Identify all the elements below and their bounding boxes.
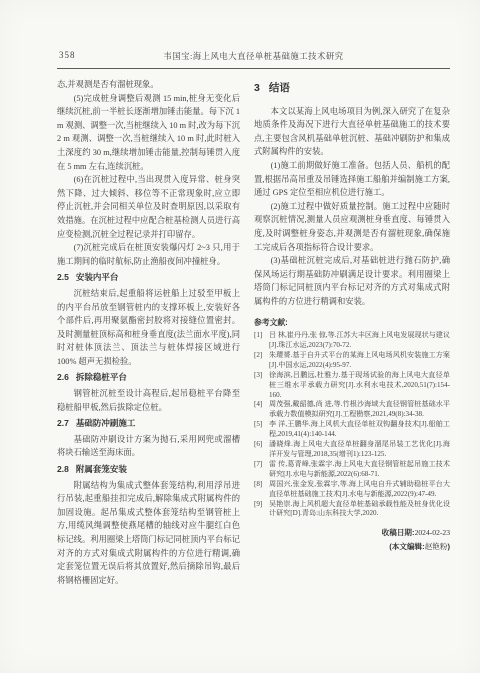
reference-number: [2] (254, 351, 269, 371)
editor-suffix: ) (447, 542, 450, 551)
reference-text: 周茂强,戴韶德,尚 进,等.竹根沙海域大直径钢管桩基础水平承载力数值模拟研究[J… (269, 400, 450, 420)
received-date-label: 收稿日期: (382, 528, 415, 537)
article-footer: 收稿日期:2024-02-23 (本文编辑:赵艳粉) (254, 526, 450, 553)
section-number: 3 (254, 82, 260, 94)
running-header: 358 韦国宝:海上风电大直径单桩基础施工技术研究 (57, 50, 450, 69)
reference-item: [8] 周国兴,张金发,张霖宇,等.海上风电自升式辅助稳桩平台大直径单桩基础施工… (254, 480, 450, 500)
reference-number: [8] (254, 480, 269, 500)
paragraph: (3)基础桩沉桩完成后,对基础桩进行抛石防护,确保风场运行期基础防冲刷满足设计要… (254, 254, 450, 308)
block-text: 安装内平台 (76, 272, 119, 282)
block-text: (2)施工过程中做好质量控制。施工过程中应随时观察沉桩情况,测量人员应观测桩身垂… (254, 202, 450, 252)
section-heading: 2.7基础防冲刷施工 (57, 417, 240, 431)
block-text: (7)沉桩完成后在桩顶安装爆闪灯 2~3 只,用于施工期间的临时航标,防止渔船夜… (57, 243, 240, 266)
editor-label: (本文编辑: (389, 542, 424, 551)
reference-item: [6] 潘晓烽.海上风电大直径单桩翻身溜尾吊装工艺优化[J].海洋开发与管理,2… (254, 440, 450, 460)
left-column: 态,并观测是否有溜桩现象。 (5)完成桩身调整后观测 15 min,桩身无变化后… (57, 78, 240, 587)
reference-number: [4] (254, 400, 269, 420)
block-text: 附属结构为集成式整体套笼结构,利用浮吊进行吊装,起重船挂扣完成后,解除集成式附属… (57, 481, 240, 585)
received-date-line: 收稿日期:2024-02-23 (254, 526, 450, 540)
right-column: 3结语 本文以某海上风电场项目为例,深入研究了在复杂地质条件及海况下进行大直径单… (254, 78, 450, 587)
paragraph: 钢管桩沉桩至设计高程后,起吊稳桩平台降至稳桩船甲板,然后拔除定位桩。 (57, 387, 240, 414)
block-text: 基础防冲刷设计方案为抛石,采用网兜或溜槽将块石输送至海床面。 (57, 435, 240, 458)
reference-text: 潘晓烽.海上风电大直径单桩翻身溜尾吊装工艺优化[J].海洋开发与管理,2018,… (269, 440, 450, 460)
reference-item: [3] 徐海滨,吕鹏远,杜雅力.基于现场试验的海上风电大直径单桩三维水平承载力研… (254, 371, 450, 401)
block-text: 沉桩结束后,起重船将运桩船上过驳至甲板上的内平台吊放至钢管桩内的支撑环板上,安装… (57, 289, 240, 366)
section-number: 2.7 (57, 418, 69, 428)
paragraph: (5)完成桩身调整后观测 15 min,桩身无变化后继续沉桩,前一半桩长逐渐增加… (57, 92, 240, 174)
reference-number: [6] (254, 440, 269, 460)
page-number: 358 (59, 50, 76, 60)
reference-number: [5] (254, 420, 269, 440)
references-label: 参考文献: (254, 316, 450, 330)
reference-text: 朱璎赟.基于自升式平台的某海上风电场风机安装施工方案[J].中国水运,2022(… (269, 351, 450, 371)
block-text: 本文以某海上风电场项目为例,深入研究了在复杂地质条件及海况下进行大直径单桩基础施… (254, 107, 450, 157)
paragraph: (2)施工过程中做好质量控制。施工过程中应随时观察沉桩情况,测量人员应观测桩身垂… (254, 200, 450, 254)
running-title: 韦国宝:海上风电大直径单桩基础施工技术研究 (57, 50, 450, 62)
paragraph: (1)施工前期做好施工准备。包括人员、船机的配置,根据吊高吊重及吊锤选择施工船舶… (254, 159, 450, 200)
block-text: 结语 (269, 82, 290, 94)
reference-item: [9] 吴艳崇.海上风机超大直径单桩基础承载性能及桩身优化设计研究[D].青岛:… (254, 500, 450, 520)
reference-text: 徐海滨,吕鹏远,杜雅力.基于现场试验的海上风电大直径单桩三维水平承载力研究[J]… (269, 371, 450, 401)
reference-item: [5] 李 洋,王鹏华.海上风机大直径单桩双钩翻身技术[J].船舶工程,2019… (254, 420, 450, 440)
received-date-value: 2024-02-23 (415, 528, 450, 537)
two-column-body: 态,并观测是否有溜桩现象。 (5)完成桩身调整后观测 15 min,桩身无变化后… (57, 78, 450, 587)
paragraph: (6)在沉桩过程中,当出现贯入度异常、桩身突然下降、过大倾斜、移位等不正常现象时… (57, 173, 240, 241)
paper-page: 358 韦国宝:海上风电大直径单桩基础施工技术研究 态,并观测是否有溜桩现象。 … (0, 0, 480, 673)
reference-number: [9] (254, 500, 269, 520)
reference-number: [3] (254, 371, 269, 401)
paragraph: 基础防冲刷设计方案为抛石,采用网兜或溜槽将块石输送至海床面。 (57, 433, 240, 460)
editor-name: 赵艳粉 (425, 542, 448, 551)
section-number: 2.6 (57, 372, 69, 382)
reference-item: [2] 朱璎赟.基于自升式平台的某海上风电场风机安装施工方案[J].中国水运,2… (254, 351, 450, 371)
block-text: 基础防冲刷施工 (76, 418, 136, 428)
reference-text: 李 洋,王鹏华.海上风机大直径单桩双钩翻身技术[J].船舶工程,2019,41(… (269, 420, 450, 440)
section-heading: 2.8附属套笼安装 (57, 463, 240, 477)
paragraph: 态,并观测是否有溜桩现象。 (57, 78, 240, 92)
reference-text: 雷 传,葛青峰,张霖宇.海上风电大直径钢管桩起吊施工技术研究[J].水电与新能源… (269, 460, 450, 480)
reference-item: [7] 雷 传,葛青峰,张霖宇.海上风电大直径钢管桩起吊施工技术研究[J].水电… (254, 460, 450, 480)
block-text: 态,并观测是否有溜桩现象。 (57, 80, 159, 89)
block-text: 附属套笼安装 (76, 464, 127, 474)
reference-item: [4] 周茂强,戴韶德,尚 进,等.竹根沙海域大直径钢管桩基础水平承载力数值模拟… (254, 400, 450, 420)
paragraph: 沉桩结束后,起重船将运桩船上过驳至甲板上的内平台吊放至钢管桩内的支撑环板上,安装… (57, 287, 240, 369)
reference-number: [1] (254, 331, 269, 351)
section-number: 2.8 (57, 464, 69, 474)
reference-text: 吕 林,崔丹丹,张 倞,等.江苏大丰区海上风电发展现状与建议[J].珠江水运,2… (269, 331, 450, 351)
conclusion-section: 3结语 本文以某海上风电场项目为例,深入研究了在复杂地质条件及海况下进行大直径单… (254, 82, 450, 309)
block-text: (6)在沉桩过程中,当出现贯入度异常、桩身突然下降、过大倾斜、移位等不正常现象时… (57, 175, 240, 238)
section-heading: 3结语 (254, 82, 450, 96)
reference-number: [7] (254, 460, 269, 480)
reference-item: [1] 吕 林,崔丹丹,张 倞,等.江苏大丰区海上风电发展现状与建议[J].珠江… (254, 331, 450, 351)
block-text: (5)完成桩身调整后观测 15 min,桩身无变化后继续沉桩,前一半桩长逐渐增加… (57, 94, 240, 171)
block-text: (1)施工前期做好施工准备。包括人员、船机的配置,根据吊高吊重及吊锤选择施工船舶… (254, 161, 450, 197)
section-heading: 2.5安装内平台 (57, 271, 240, 285)
paragraph: (7)沉桩完成后在桩顶安装爆闪灯 2~3 只,用于施工期间的临时航标,防止渔船夜… (57, 241, 240, 268)
section-heading: 2.6拆除稳桩平台 (57, 371, 240, 385)
editor-line: (本文编辑:赵艳粉) (254, 540, 450, 554)
block-text: 钢管桩沉桩至设计高程后,起吊稳桩平台降至稳桩船甲板,然后拔除定位桩。 (57, 389, 240, 412)
section-number: 2.5 (57, 272, 69, 282)
references-list: [1] 吕 林,崔丹丹,张 倞,等.江苏大丰区海上风电发展现状与建议[J].珠江… (254, 331, 450, 519)
paragraph: 本文以某海上风电场项目为例,深入研究了在复杂地质条件及海况下进行大直径单桩基础施… (254, 105, 450, 159)
reference-text: 周国兴,张金发,张霖宇,等.海上风电自升式辅助稳桩平台大直径单桩基础施工技术[J… (269, 480, 450, 500)
block-text: 拆除稳桩平台 (76, 372, 127, 382)
reference-text: 吴艳崇.海上风机超大直径单桩基础承载性能及桩身优化设计研究[D].青岛:山东科技… (269, 500, 450, 520)
paragraph: 附属结构为集成式整体套笼结构,利用浮吊进行吊装,起重船挂扣完成后,解除集成式附属… (57, 479, 240, 588)
block-text: (3)基础桩沉桩完成后,对基础桩进行抛石防护,确保风场运行期基础防冲刷满足设计要… (254, 256, 450, 306)
